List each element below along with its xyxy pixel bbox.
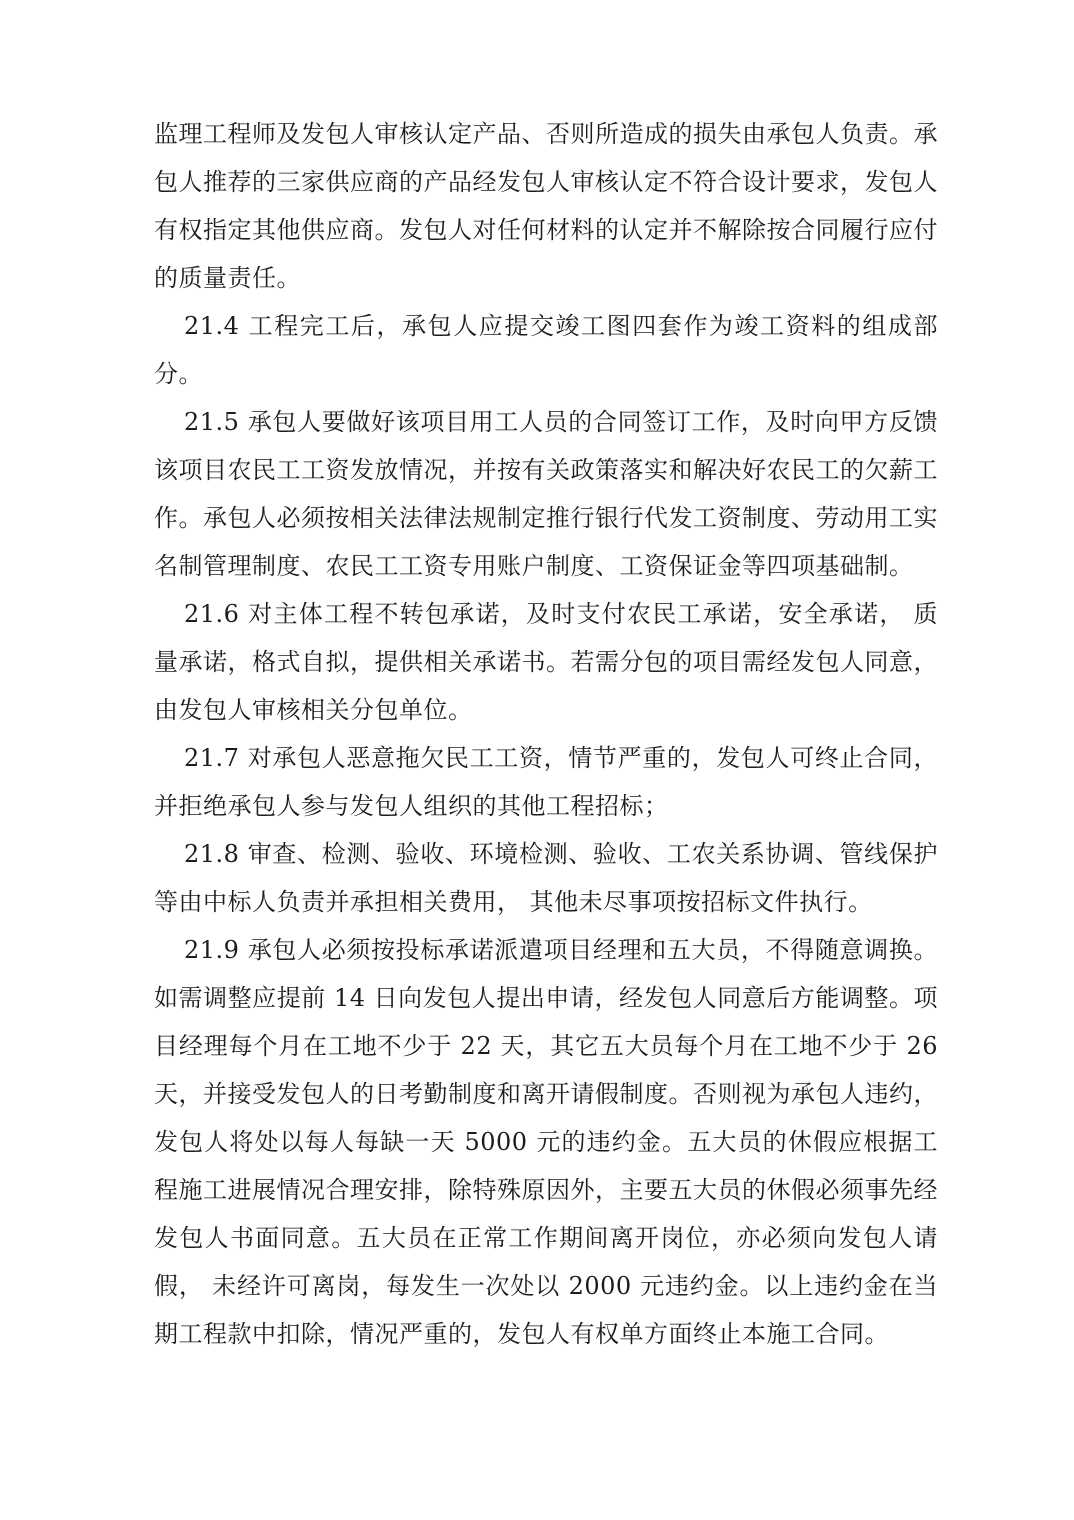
clause-21-4: 21.4 工程完工后，承包人应提交竣工图四套作为竣工资料的组成部分。 bbox=[154, 302, 938, 398]
paragraph-continuation: 监理工程师及发包人审核认定产品、否则所造成的损失由承包人负责。承包人推荐的三家供… bbox=[154, 110, 938, 302]
clause-21-6: 21.6 对主体工程不转包承诺，及时支付农民工承诺，安全承诺， 质量承诺，格式自… bbox=[154, 590, 938, 734]
clause-21-5: 21.5 承包人要做好该项目用工人员的合同签订工作，及时向甲方反馈该项目农民工工… bbox=[154, 398, 938, 590]
clause-21-8: 21.8 审查、检测、验收、环境检测、验收、工农关系协调、管线保护等由中标人负责… bbox=[154, 830, 938, 926]
document-body: 监理工程师及发包人审核认定产品、否则所造成的损失由承包人负责。承包人推荐的三家供… bbox=[154, 110, 938, 1358]
clause-21-9: 21.9 承包人必须按投标承诺派遣项目经理和五大员，不得随意调换。如需调整应提前… bbox=[154, 926, 938, 1358]
clause-21-7: 21.7 对承包人恶意拖欠民工工资，情节严重的，发包人可终止合同，并拒绝承包人参… bbox=[154, 734, 938, 830]
document-page: 监理工程师及发包人审核认定产品、否则所造成的损失由承包人负责。承包人推荐的三家供… bbox=[0, 0, 1074, 1520]
